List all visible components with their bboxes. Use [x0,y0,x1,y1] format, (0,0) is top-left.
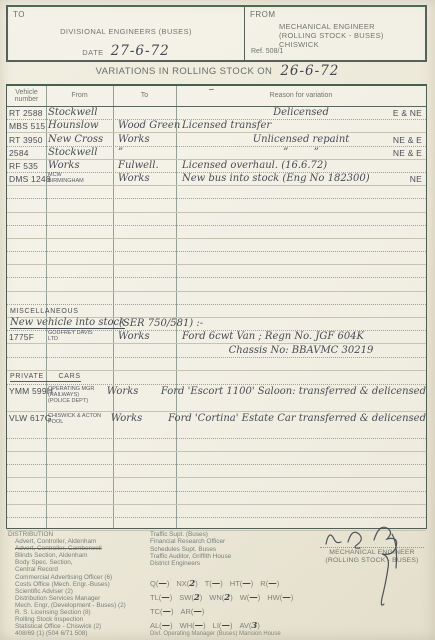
distribution-line: 408/69 (1) (504 6/71 508) [8,630,148,637]
garage-code: WN(2) [209,587,232,605]
cell-from: New Cross [46,133,113,145]
to-text: Works [107,386,139,397]
from-line: LTD [48,336,93,342]
cell-to: Works [113,173,176,185]
from-text: Stockwell [48,147,97,158]
table-row [7,492,426,505]
vehicle-number: 1775F [9,332,34,342]
cell-to: Works [113,133,176,145]
cell-to: Works [106,412,162,438]
vehicle-number: RF 535 [9,161,38,171]
from-text: Hounslow [48,120,99,131]
cell-reason: Chassis No: BBAVMC 30219 [176,344,426,356]
to-text: Wood Green [118,120,180,131]
to-text: Works [118,331,150,342]
table-row [7,465,426,478]
vehicle-number: 2584 [9,148,29,158]
code-label: HW( [267,593,282,602]
cell-from: GODFREY DAVISLTD [46,331,113,343]
status-note: NE & E [393,148,422,158]
code-label: W( [240,593,250,602]
col-header-vehicle: Vehicle number [7,86,46,106]
cell-from: Stockwell [46,107,113,119]
code-label: ) [230,621,233,630]
status-note: NE & E [393,135,422,145]
table-row: VLW 617GCHISWICK & ACTONPOOLWorksFord 'C… [7,412,426,439]
date-label: DATE [82,48,103,59]
distribution-line: Body Spec. Section, [8,559,148,566]
table-row [7,226,426,239]
table-row: PRIVATE CARS [7,371,426,385]
code-label: ) [170,621,173,630]
section-label: PRIVATE CARS [10,373,81,382]
distribution-line: Blinds Section, Aldenham [8,552,148,559]
from-stacked: CHISWICK & ACTONPOOL [48,413,101,425]
date-row: DATE 27-6-72 [8,43,244,59]
pen-mark: ∽ [208,86,215,94]
table-row: YMM 599HOPERATING MGR(RAILWAYS)(POLICE D… [7,385,426,412]
code-line: AL(—)WH(—)LI(—)AV(3) [150,617,300,631]
table-row: 1775FGODFREY DAVISLTDWorksFord 6cwt Van … [7,331,426,344]
code-label: ) [291,593,294,602]
from-stacked: MCWBIRMINGHAM [48,172,84,184]
cell-vehicle [7,344,46,356]
recipient-line: Financial Research Officer [150,538,320,545]
table-row [7,239,426,252]
to-text: ” [118,147,123,158]
cell-to [113,107,176,119]
date-handwritten: 27-6-72 [111,43,170,59]
cell-vehicle: 2584 [7,147,46,159]
address-header: TO DIVISIONAL ENGINEERS (BUSES) DATE 27-… [6,5,427,62]
distribution-line: Statistical Office - Chiswick (2) [8,623,148,630]
cell-from: MCWBIRMINGHAM [46,173,113,185]
table-row [7,452,426,465]
distribution-line: Mech. Engr, (Development - Buses) (2) [8,602,148,609]
from-address-line: MECHANICAL ENGINEER [279,22,384,31]
cell-vehicle: YMM 599H [7,385,46,411]
table-row [7,199,426,212]
vehicle-number: MBS 515 [9,121,45,131]
cell-vehicle: 1775F [7,331,46,343]
table-row [7,478,426,491]
cell-to: Works [102,385,155,411]
cell-vehicle: VLW 617G [7,412,46,438]
table-row: Chassis No: BBAVMC 30219 [7,344,426,357]
cell-reason: Ford 6cwt Van ; Regn No. JGF 604K [176,331,426,343]
from-line: POOL [48,419,101,425]
table-body: RT 2588StockwellDelicensedE & NEMBS 515H… [7,107,426,531]
status-note: NE [410,174,422,184]
reason-text: ” ” [283,147,319,158]
table-row: MISCELLANEOUS [7,305,426,318]
table-row: New vehicle into stock(SER 750/581) :- [7,318,426,331]
cell-reason: Ford 'Escort 1100' Saloon: transferred &… [155,385,426,411]
distribution-line: Commercial Advertising Officer (6) [8,574,148,581]
distribution-line: Distribution Services Manager [8,595,148,602]
distribution-list: DISTRIBUTIONAdvert, Controller, Aldenham… [8,531,148,637]
reason-text: Unlicensed repaint [253,134,350,145]
cell-vehicle: RT 3950 [7,133,46,145]
form-title-row: VARIATIONS IN ROLLING STOCK ON 26-6-72 [0,63,435,79]
to-label: TO [13,10,25,19]
garage-code: W(—) [240,587,261,605]
to-text: Fulwell. [118,160,159,171]
garage-code: HW(—) [267,587,293,605]
cell-to: Wood Green [113,120,176,132]
code-value-handwritten: — [282,593,291,603]
code-label: ) [258,593,261,602]
cell-reason: ” ”NE & E [176,147,426,159]
cell-to: Works [113,331,176,343]
to-text: Works [111,413,143,424]
distribution-line: Costs Office (Mech. Engr.-Buses) [8,581,148,588]
from-box: FROM MECHANICAL ENGINEER(ROLLING STOCK -… [245,7,425,60]
cell-from [46,344,113,356]
cell-from: Works [46,160,113,172]
cell-from: CHISWICK & ACTONPOOL [46,412,106,438]
to-value: DIVISIONAL ENGINEERS (BUSES) [8,27,244,36]
table-row [7,213,426,226]
from-address: MECHANICAL ENGINEER(ROLLING STOCK - BUSE… [279,22,384,49]
from-stacked: OPERATING MGR(RAILWAYS)(POLICE DEPT) [48,386,94,404]
from-text: New Cross [48,134,103,145]
table-row [7,505,426,518]
free-text-left: New vehicle into stock [10,317,125,329]
distribution-line: Scientific Adviser (2) [8,588,148,595]
cell-to [113,344,176,356]
col-header-reason-text: Reason for variation [270,92,333,100]
form-title: VARIATIONS IN ROLLING STOCK ON [96,66,273,79]
table-header-row: Vehicle number From To ∽ Reason for vari… [7,86,426,107]
table-row [7,292,426,305]
from-text: Works [48,160,80,171]
table-row [7,278,426,291]
code-value-handwritten: — [195,621,204,631]
table-row [7,439,426,452]
vehicle-number: DMS 1248 [9,174,51,184]
col-header-reason: ∽ Reason for variation [176,86,426,106]
code-value-handwritten: — [249,593,258,603]
table-row [7,358,426,371]
cell-reason: New bus into stock (Eng No 182300)NE [176,173,426,185]
from-stacked: GODFREY DAVISLTD [48,330,93,342]
cell-from: Stockwell [46,147,113,159]
distribution-line: Advert, Controller, Aldenham [8,538,148,545]
reason-text: Ford 6cwt Van ; Regn No. JGF 604K [182,331,364,342]
code-label: WN( [209,593,224,602]
vehicle-number: RT 3950 [9,135,43,145]
to-text: Works [118,173,150,184]
distribution-line: DISTRIBUTION [8,531,148,538]
code-value-handwritten: — [162,621,171,631]
cell-to: Fulwell. [113,160,176,172]
reason-text: Delicensed [273,107,329,118]
document-page: TO DIVISIONAL ENGINEERS (BUSES) DATE 27-… [0,0,435,640]
reason-text: Chassis No: BBAVMC 30219 [229,345,374,356]
code-label: ) [257,621,260,630]
reason-text: Ford 'Cortina' Estate Car transferred & … [168,413,426,424]
free-text-right: (SER 750/581) :- [119,318,203,329]
from-text: Stockwell [48,107,97,118]
from-line: BIRMINGHAM [48,178,84,184]
status-note: E & NE [393,108,422,118]
distribution-line: Advert, Controller, Camberwell [8,545,148,552]
cell-reason: DelicensedE & NE [176,107,426,119]
garage-code-allocations: Q(—)NX(2)T(—)HT(—)R(—)TL(—)SW(2)WN(2)W(—… [150,575,300,631]
recipient-line: Traffic Supt. (Buses) [150,531,320,538]
recipient-line: Traffic Auditor, Griffith House [150,553,320,560]
table-row: RT 3950New CrossWorksUnlicensed repaintN… [7,133,426,146]
cell-vehicle: DMS 1248 [7,173,46,185]
reason-text: Licensed transfer [182,120,271,131]
table-row: RT 2588StockwellDelicensedE & NE [7,107,426,120]
vehicle-number: RT 2588 [9,108,43,118]
to-text: Works [118,134,150,145]
recipient-line: District Engineers [150,560,320,567]
code-value-handwritten: — [221,621,230,631]
ref-number: Ref. 508/1 [251,48,283,55]
cell-vehicle: RF 535 [7,160,46,172]
code-label: WH( [180,621,195,630]
cell-reason: Unlicensed repaintNE & E [176,133,426,145]
cell-reason: Licensed transfer [176,120,426,132]
table-row: DMS 1248MCWBIRMINGHAMWorksNew bus into s… [7,173,426,186]
reason-text: New bus into stock (Eng No 182300) [182,173,370,184]
table-row [7,186,426,199]
variation-date-handwritten: 26-6-72 [280,63,339,79]
reason-text: Licensed overhaul. (16.6.72) [182,160,327,171]
code-label: AV( [239,621,251,630]
code-label: AL( [150,621,162,630]
from-label: FROM [250,10,276,19]
cell-vehicle: RT 2588 [7,107,46,119]
from-address-line: CHISWICK [279,40,384,49]
cell-vehicle: MBS 515 [7,120,46,132]
variations-table: Vehicle number From To ∽ Reason for vari… [6,84,427,529]
from-address-line: (ROLLING STOCK - BUSES) [279,31,384,40]
distribution-line: R. S. Licensing Section (8) [8,609,148,616]
table-row: MBS 515HounslowWood GreenLicensed transf… [7,120,426,133]
operating-manager-line: Divl. Operating Manager (Buses) Mansion … [150,631,281,637]
recipients-list: Traffic Supt. (Buses)Financial Research … [150,531,320,567]
section-label: MISCELLANEOUS [10,308,79,315]
to-box: TO DIVISIONAL ENGINEERS (BUSES) DATE 27-… [8,7,245,60]
table-row: 2584Stockwell”” ”NE & E [7,147,426,160]
table-row: RF 535WorksFulwell.Licensed overhaul. (1… [7,160,426,173]
reason-text: Ford 'Escort 1100' Saloon: transferred &… [161,386,426,397]
recipient-line: Schedules Supt. Buses [150,546,320,553]
code-label: ) [203,621,206,630]
cell-from: OPERATING MGR(RAILWAYS)(POLICE DEPT) [46,385,102,411]
cell-reason: Licensed overhaul. (16.6.72) [176,160,426,172]
cell-reason: Ford 'Cortina' Estate Car transferred & … [162,412,426,438]
table-row [7,265,426,278]
cell-from: Hounslow [46,120,113,132]
distribution-line: Rolling Stock Inspection [8,616,148,623]
signature-scribble [318,520,430,615]
cell-to: ” [113,147,176,159]
table-row [7,252,426,265]
code-label: ) [230,593,233,602]
col-header-from: From [46,86,113,106]
col-header-to: To [113,86,176,106]
distribution-line: Central Record [8,566,148,573]
from-line: (POLICE DEPT) [48,398,94,404]
